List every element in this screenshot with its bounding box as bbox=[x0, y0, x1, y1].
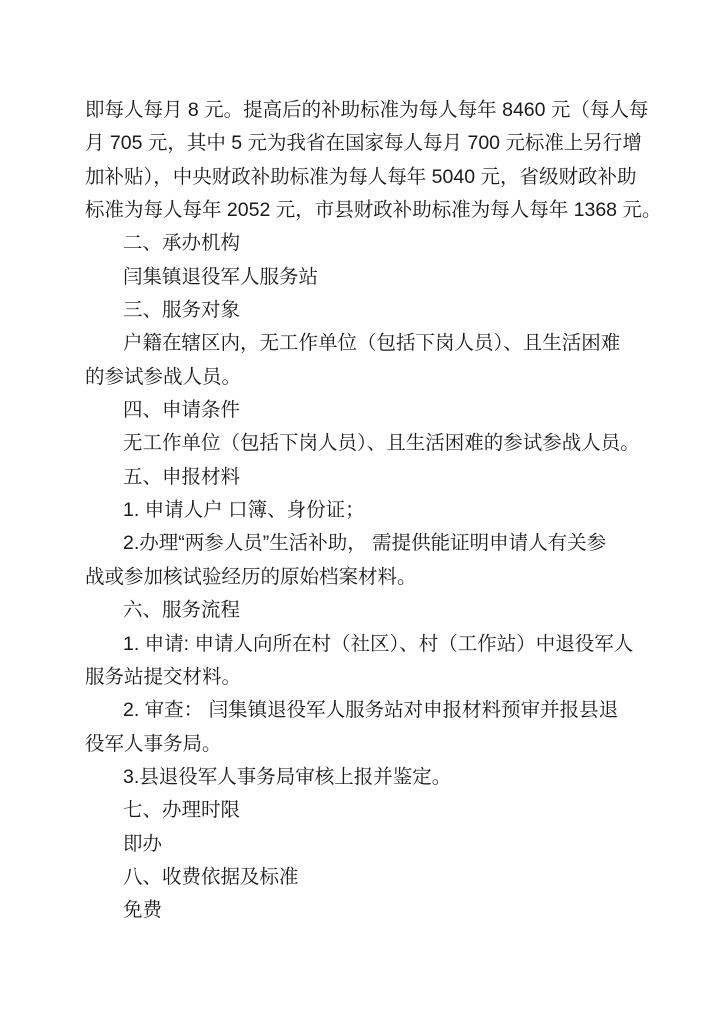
text-line: 的参试参战人员。 bbox=[85, 361, 630, 394]
text-line: 四、申请条件 bbox=[85, 394, 630, 427]
text-line: 2.办理“两参人员”生活补助， 需提供能证明申请人有关参 bbox=[85, 527, 630, 560]
text-line: 1. 申请: 申请人向所在村（社区）、村（工作站）中退役军人 bbox=[85, 628, 630, 661]
document-body: 即每人每月 8 元。提高后的补助标准为每人每年 8460 元（每人每月 705 … bbox=[85, 94, 630, 928]
text-line: 即办 bbox=[85, 828, 630, 861]
text-line: 加补贴），中央财政补助标准为每人每年 5040 元，省级财政补助 bbox=[85, 161, 630, 194]
text-line: 三、服务对象 bbox=[85, 294, 630, 327]
text-line: 七、办理时限 bbox=[85, 794, 630, 827]
text-line: 六、服务流程 bbox=[85, 594, 630, 627]
text-line: 户籍在辖区内，无工作单位（包括下岗人员）、且生活困难 bbox=[85, 327, 630, 360]
text-line: 标准为每人每年 2052 元，市县财政补助标准为每人每年 1368 元。 bbox=[85, 194, 630, 227]
text-line: 役军人事务局。 bbox=[85, 728, 630, 761]
text-line: 月 705 元，其中 5 元为我省在国家每人每月 700 元标准上另行增 bbox=[85, 127, 630, 160]
text-line: 2. 审查： 闫集镇退役军人服务站对申报材料预审并报县退 bbox=[85, 694, 630, 727]
text-line: 即每人每月 8 元。提高后的补助标准为每人每年 8460 元（每人每 bbox=[85, 94, 630, 127]
text-line: 无工作单位（包括下岗人员）、且生活困难的参试参战人员。 bbox=[85, 427, 630, 460]
text-line: 服务站提交材料。 bbox=[85, 661, 630, 694]
document-page: 即每人每月 8 元。提高后的补助标准为每人每年 8460 元（每人每月 705 … bbox=[0, 0, 715, 1011]
text-line: 战或参加核试验经历的原始档案材料。 bbox=[85, 561, 630, 594]
text-line: 3.县退役军人事务局审核上报并鉴定。 bbox=[85, 761, 630, 794]
text-line: 免费 bbox=[85, 894, 630, 927]
text-line: 二、承办机构 bbox=[85, 227, 630, 260]
text-line: 八、收费依据及标准 bbox=[85, 861, 630, 894]
text-line: 闫集镇退役军人服务站 bbox=[85, 261, 630, 294]
text-line: 1. 申请人户 口簿、身份证； bbox=[85, 494, 630, 527]
text-line: 五、申报材料 bbox=[85, 461, 630, 494]
